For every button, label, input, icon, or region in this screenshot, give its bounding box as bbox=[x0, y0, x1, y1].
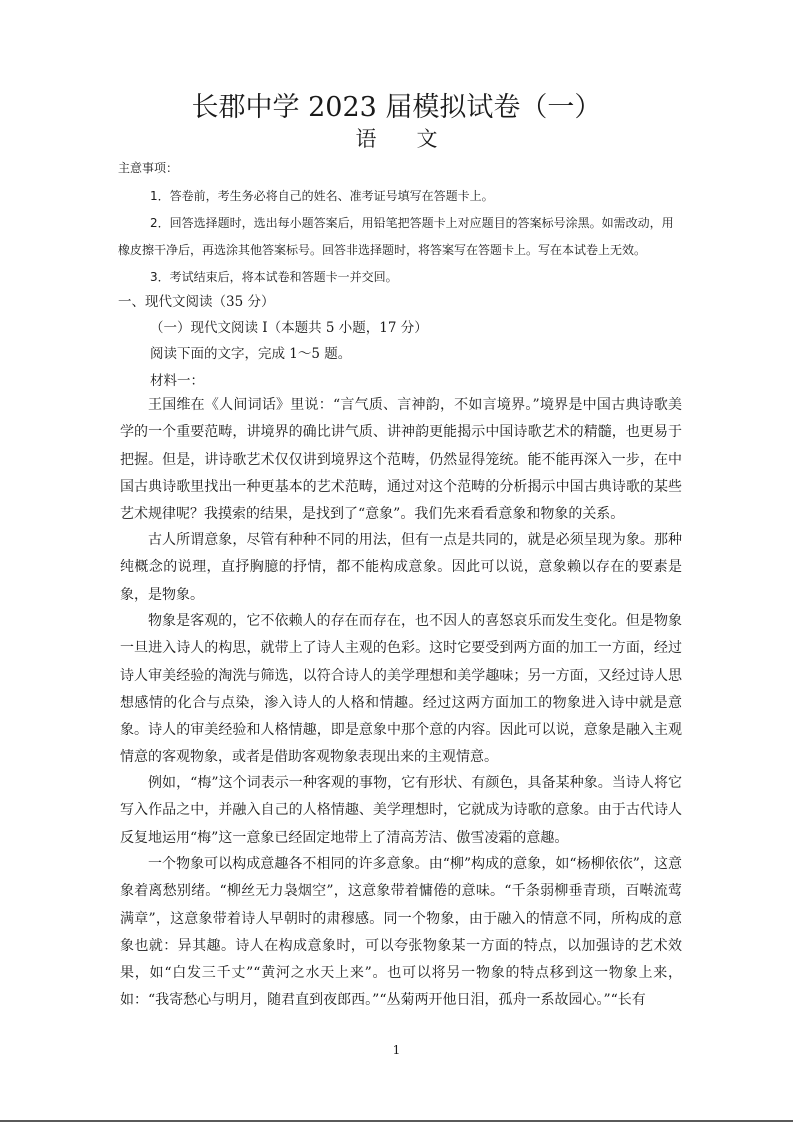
material-label: 材料一： bbox=[150, 373, 204, 389]
note-item-1: 1．答卷前，考生务必将自己的姓名、准考证号填写在答题卡上。 bbox=[150, 188, 494, 204]
exam-title: 长郡中学 2023 届模拟试卷（一） bbox=[0, 92, 793, 124]
section-subheading: （一）现代文阅读 I（本题共 5 小题，17 分） bbox=[150, 320, 428, 336]
note-item-2: 2．回答选择题时，选出每小题答案后，用铅笔把答题卡上对应题目的答案标号涂黑。如需… bbox=[150, 215, 674, 231]
subject-char-2: 文 bbox=[417, 126, 438, 152]
paragraph-3: 物象是客观的，它不依赖人的存在而存在，也不因人的喜怒哀乐而发生变化。但是物象一旦… bbox=[120, 608, 682, 772]
notes-heading: 主意事项： bbox=[118, 160, 178, 176]
exam-page: 长郡中学 2023 届模拟试卷（一） 语文 主意事项： 1．答卷前，考生务必将自… bbox=[0, 0, 793, 1122]
note-item-2-cont: 橡皮擦干净后，再选涂其他答案标号。回答非选择题时，将答案写在答题卡上。写在本试卷… bbox=[118, 242, 646, 258]
page-number: 1 bbox=[0, 1043, 793, 1057]
subject-char-1: 语 bbox=[356, 126, 377, 152]
note-item-3: 3．考试结束后，将本试卷和答题卡一并交回。 bbox=[150, 269, 398, 285]
paragraph-5: 一个物象可以构成意趣各不相同的许多意象。由“柳”构成的意象，如“杨柳依依”，这意… bbox=[120, 851, 682, 1015]
paragraph-4: 例如，“梅”这个词表示一种客观的事物，它有形状、有颜色，具备某种象。当诗人将它写… bbox=[120, 770, 682, 852]
reading-instruction: 阅读下面的文字，完成 1～5 题。 bbox=[150, 346, 351, 362]
section-heading: 一、现代文阅读（35 分） bbox=[118, 294, 274, 310]
paragraph-1: 王国维在《人间词话》里说：“言气质、言神韵，不如言境界。”境界是中国古典诗歌美学… bbox=[120, 392, 682, 528]
subject-title: 语文 bbox=[0, 126, 793, 152]
paragraph-2: 古人所谓意象，尽管有种种不同的用法，但有一点是共同的，就是必须呈现为象。那种纯概… bbox=[120, 527, 682, 609]
